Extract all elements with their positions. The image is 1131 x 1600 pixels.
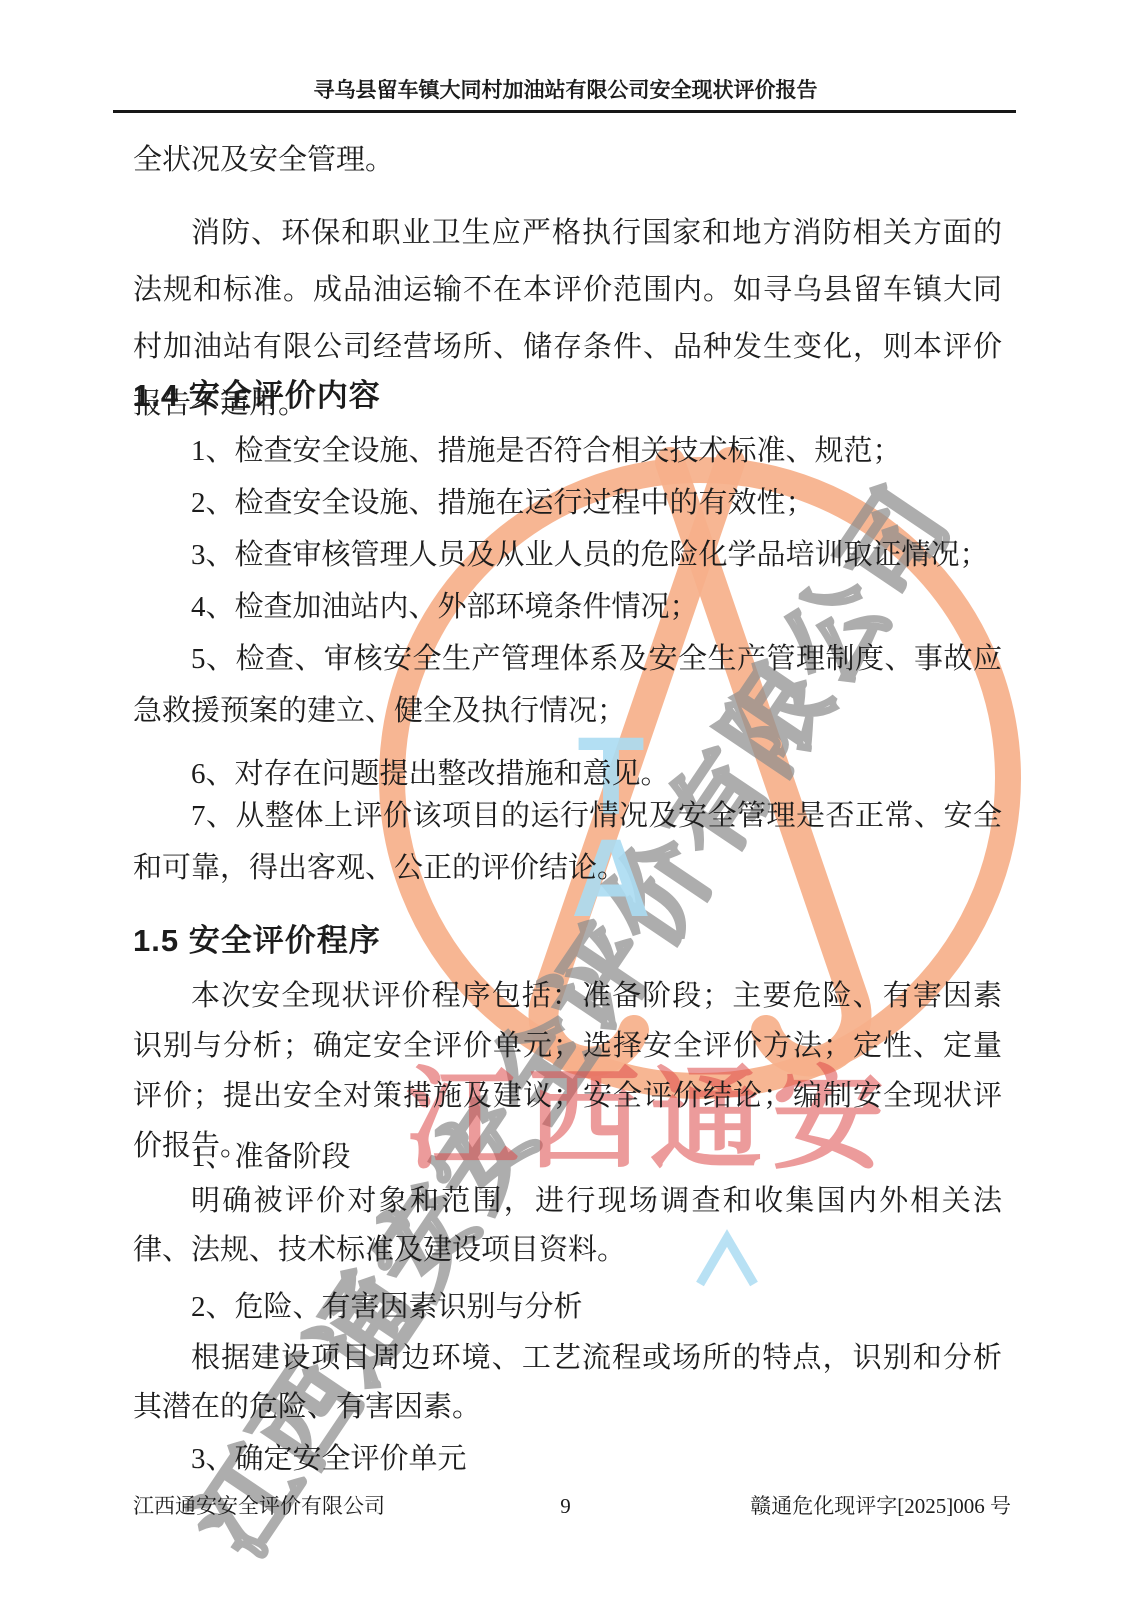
continued-paragraph-line: 全状况及安全管理。 (133, 134, 1002, 186)
page-header-title: 寻乌县留车镇大同村加油站有限公司安全现状评价报告 (0, 76, 1131, 104)
section-1-4-item: 4、检查加油站内、外部环境条件情况； (133, 581, 1002, 633)
section-1-4-item: 1、检查安全设施、措施是否符合相关技术标准、规范； (133, 425, 1002, 477)
step-title: 1、准备阶段 (133, 1131, 1002, 1183)
section-heading-1-4: 1.4 安全评价内容 (133, 376, 1002, 416)
step-title: 3、确定安全评价单元 (133, 1433, 1002, 1485)
section-1-4-item: 3、检查审核管理人员及从业人员的危险化学品培训取证情况； (133, 529, 1002, 581)
section-1-4-item: 5、检查、审核安全生产管理体系及安全生产管理制度、事故应急救援预案的建立、健全及… (133, 633, 1002, 737)
header-rule (113, 110, 1016, 113)
document-page: 江西通安安全评价有限公司 T A 江西通安 寻乌县留车镇大同村加油站有限公司安全… (0, 0, 1131, 1600)
section-1-4-item: 7、从整体上评价该项目的运行情况及安全管理是否正常、安全和可靠，得出客观、公正的… (133, 790, 1002, 894)
step-description: 明确被评价对象和范围，进行现场调查和收集国内外相关法律、法规、技术标准及建设项目… (133, 1177, 1002, 1275)
step-title: 2、危险、有害因素识别与分析 (133, 1281, 1002, 1333)
section-1-4-item: 2、检查安全设施、措施在运行过程中的有效性； (133, 477, 1002, 529)
footer-doc-number: 赣通危化现评字[2025]006 号 (750, 1491, 1011, 1521)
content-layer: 寻乌县留车镇大同村加油站有限公司安全现状评价报告 全状况及安全管理。 消防、环保… (0, 0, 1131, 1600)
section-heading-1-5: 1.5 安全评价程序 (133, 921, 1002, 961)
step-description: 根据建设项目周边环境、工艺流程或场所的特点，识别和分析其潜在的危险、有害因素。 (133, 1334, 1002, 1432)
